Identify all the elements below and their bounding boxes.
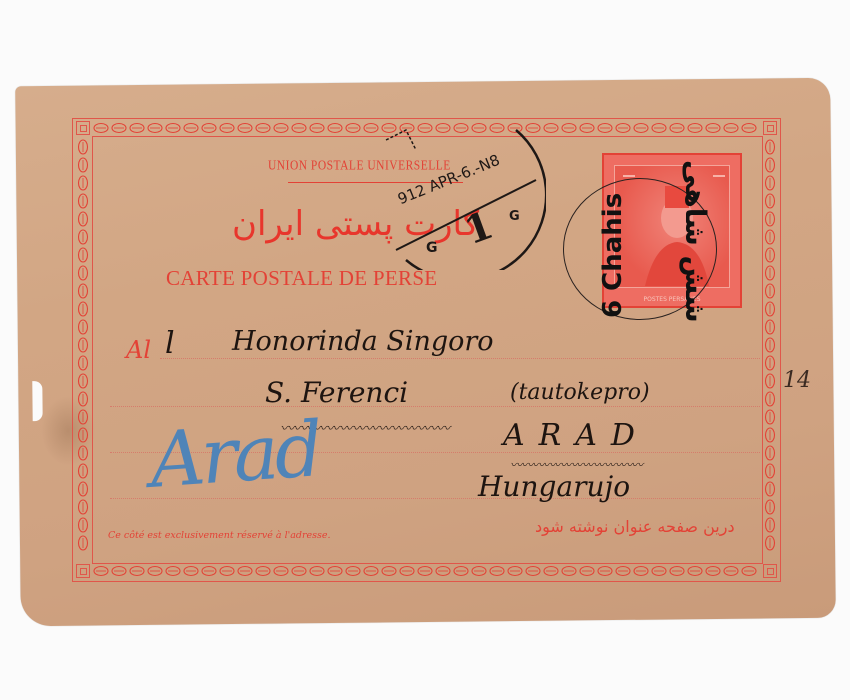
address-prefix: Al: [126, 336, 151, 364]
corner-ornament: [763, 564, 777, 578]
corner-ornament: [763, 121, 777, 135]
chain-segment: [763, 138, 777, 562]
surcharge-overprint: 6 Chahis: [598, 193, 628, 318]
handwritten-country: Hungarujo: [478, 470, 630, 503]
chain-segment: [92, 564, 760, 578]
address-line: [160, 358, 760, 359]
footer-persian: درین صفحه عنوان نوشته شود: [535, 517, 735, 536]
chain-segment: [76, 138, 90, 562]
svg-text:G: G: [426, 240, 438, 256]
svg-text:1: 1: [458, 202, 498, 253]
svg-text:G: G: [509, 209, 520, 224]
address-line: [110, 406, 760, 407]
handwritten-name: Honorinda Singoro: [232, 326, 494, 357]
margin-number: 14: [783, 368, 811, 393]
handwritten-street: S. Ferenci: [265, 376, 408, 409]
postmark-icon: 912 APR-6.-N8 1 G G: [376, 110, 546, 270]
corner-ornament: [76, 121, 90, 135]
blue-annotation: Arad: [147, 404, 322, 505]
handwritten-city: ARAD: [503, 418, 649, 453]
corner-ornament: [76, 564, 90, 578]
svg-text:912 APR-6.-N8: 912 APR-6.-N8: [395, 151, 502, 208]
surcharge-persian: شش شاهی: [679, 160, 712, 323]
handwritten-al: l: [165, 326, 175, 361]
handwritten-note: (tautokepro): [510, 380, 650, 405]
footer-french: Ce côté est exclusivement réservé à l'ad…: [108, 530, 331, 541]
